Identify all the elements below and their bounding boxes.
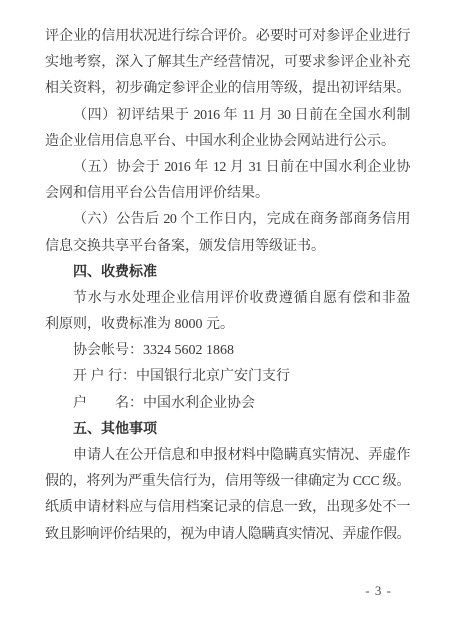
document-line: 利原则，收费标准为 8000 元。 [45,312,410,338]
document-line: 假的，将列为严重失信行为，信用等级一律确定为 CCC 级。 [45,469,410,495]
document-line: 信息交换共享平台备案，颁发信用等级证书。 [45,234,410,260]
document-page: 评企业的信用状况进行综合评价。必要时可对参评企业进行实地考察，深入了解其生产经营… [0,0,450,627]
document-line: （五）协会于 2016 年 12 月 31 日前在中国水利企业协 [45,155,410,181]
document-line: （四）初评结果于 2016 年 11 月 30 日前在全国水利制 [45,103,410,129]
document-line: 纸质申请材料应与信用档案记录的信息一致，出现多处不一 [45,495,410,521]
document-line: 评企业的信用状况进行综合评价。必要时可对参评企业进行 [45,24,410,50]
document-line: （六）公告后 20 个工作日内，完成在商务部商务信用 [45,207,410,233]
document-line: 造企业信用信息平台、中国水利企业协会网站进行公示。 [45,129,410,155]
document-line: 致且影响评价结果的，视为申请人隐瞒真实情况、弄虚作假。 [45,522,410,548]
document-line: 会网和信用平台公告信用评价结果。 [45,181,410,207]
section-heading: 五、其他事项 [45,417,410,443]
section-heading: 四、收费标准 [45,260,410,286]
document-line: 申请人在公开信息和申报材料中隐瞒真实情况、弄虚作 [45,443,410,469]
document-line: 节水与水处理企业信用评价收费遵循自愿有偿和非盈 [45,286,410,312]
document-line: 实地考察，深入了解其生产经营情况，可要求参评企业补充 [45,50,410,76]
document-line: 户 名：中国水利企业协会 [45,391,410,417]
page-number: - 3 - [365,583,392,599]
document-line: 相关资料，初步确定参评企业的信用等级，提出初评结果。 [45,76,410,102]
document-body: 评企业的信用状况进行综合评价。必要时可对参评企业进行实地考察，深入了解其生产经营… [45,24,410,548]
document-line: 协会帐号：3324 5602 1868 [45,338,410,364]
document-line: 开 户 行：中国银行北京广安门支行 [45,364,410,390]
